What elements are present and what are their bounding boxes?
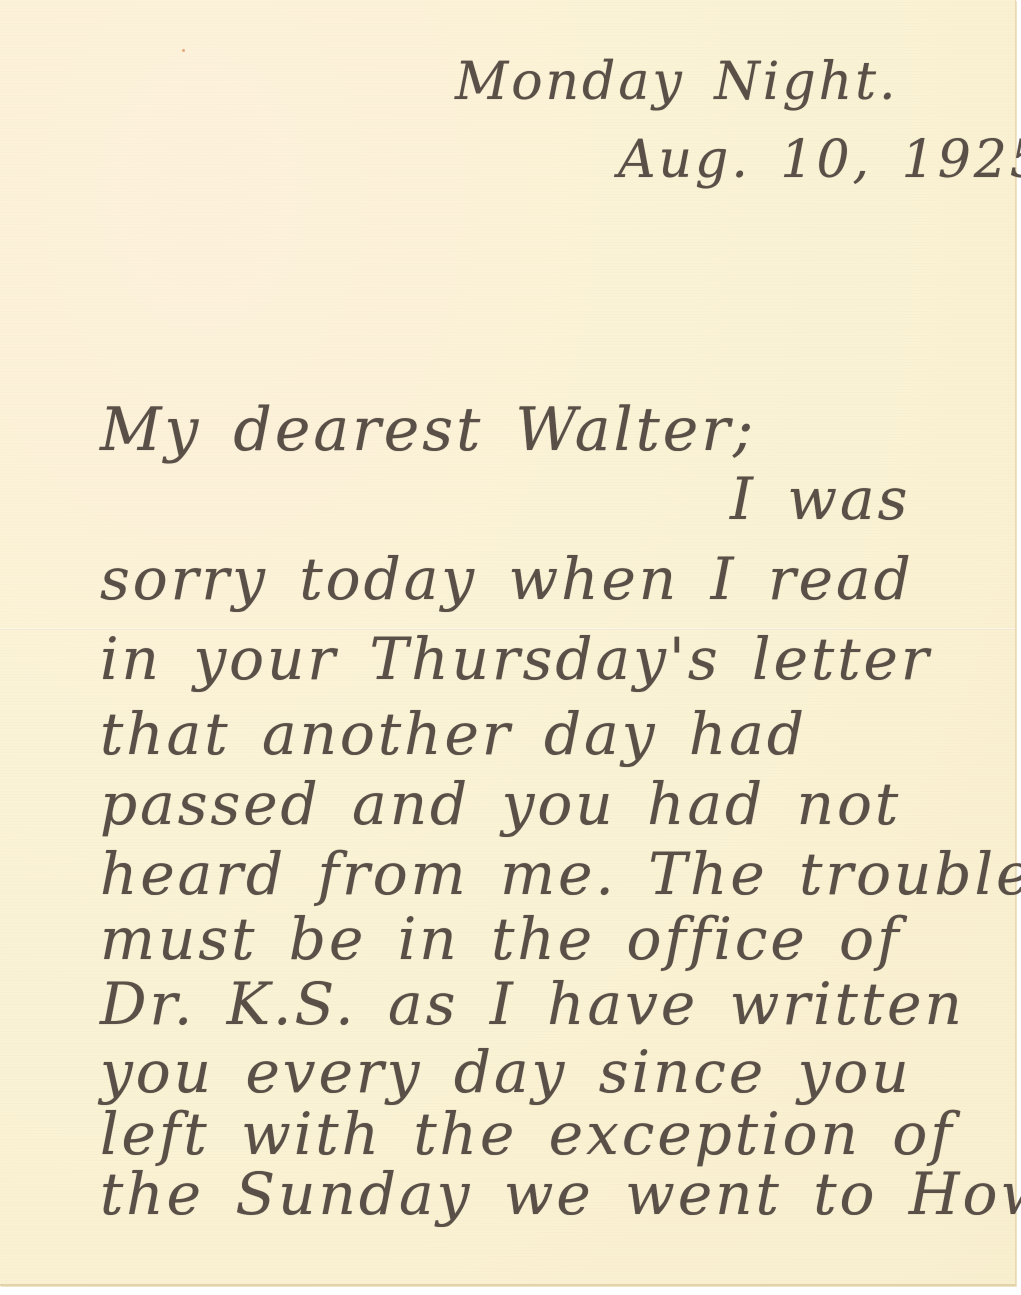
letter-line-4: that another day had bbox=[100, 700, 807, 768]
letter-line-9: you every day since you bbox=[100, 1038, 912, 1106]
letter-line-5: passed and you had not bbox=[100, 770, 901, 838]
letter-line-2: sorry today when I read bbox=[100, 545, 914, 613]
letter-page: Monday Night. Aug. 10, 1925. My dearest … bbox=[0, 0, 1016, 1286]
letter-line-3: in your Thursday's letter bbox=[100, 625, 932, 693]
letter-date: Aug. 10, 1925. bbox=[618, 130, 1021, 190]
letter-line-11: the Sunday we went to Howds- bbox=[100, 1160, 1021, 1228]
paper-speck bbox=[182, 49, 185, 52]
letter-salutation: My dearest Walter; bbox=[100, 395, 756, 465]
letter-line-1: I was bbox=[730, 465, 910, 533]
letter-line-10: left with the exception of bbox=[100, 1100, 955, 1168]
letter-day: Monday Night. bbox=[455, 52, 899, 112]
letter-line-6: heard from me. The trouble bbox=[100, 840, 1021, 908]
letter-line-7: must be in the office of bbox=[100, 905, 902, 973]
letter-line-8: Dr. K.S. as I have written bbox=[100, 970, 965, 1038]
